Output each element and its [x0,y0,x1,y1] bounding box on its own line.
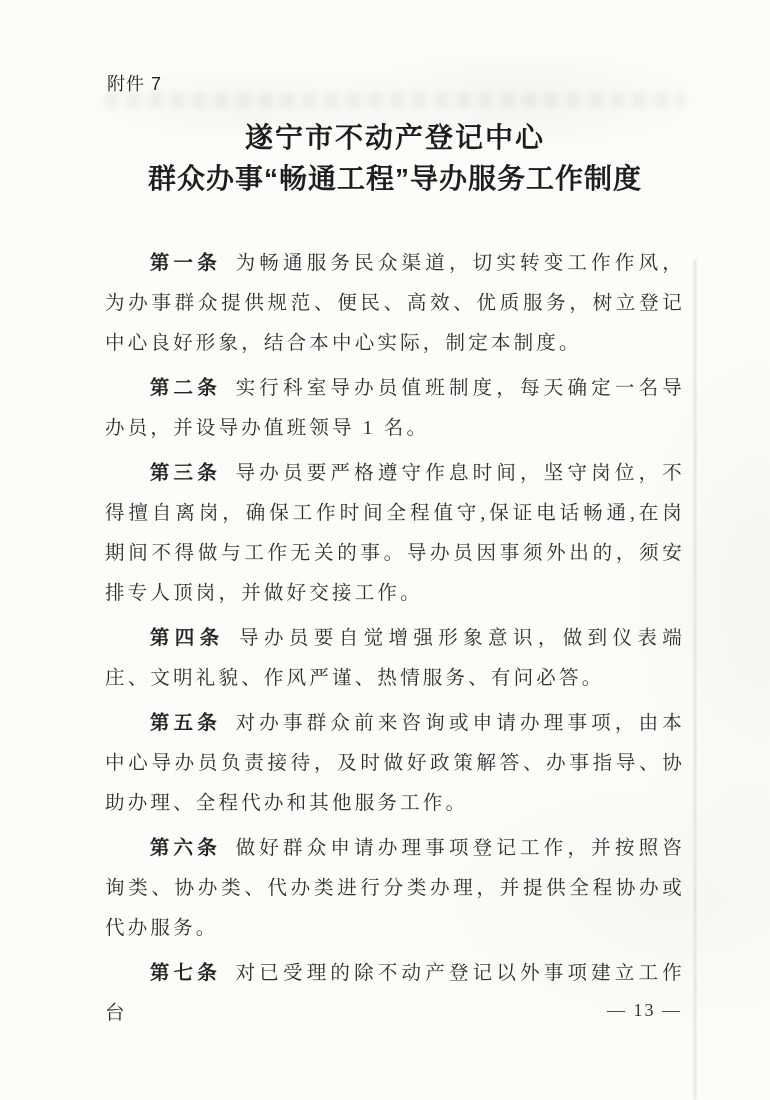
article-3-text: 导办员要严格遵守作息时间，坚守岗位，不得擅自离岗，确保工作时间全程值守,保证电话… [105,463,685,604]
page-number: — 13 — [607,1000,682,1021]
article-7-label: 第七条 [150,963,221,984]
article-6: 第六条做好群众申请办理事项登记工作，并按照咨询类、协办类、代办类进行分类办理，并… [105,829,685,949]
article-5: 第五条对办事群众前来咨询或申请办理事项，由本中心导办员负责接待，及时做好政策解答… [105,704,685,824]
articles-body: 第一条为畅通服务民众渠道，切实转变工作作风，为办事群众提供规范、便民、高效、优质… [105,244,685,1034]
document-title-line1: 遂宁市不动产登记中心 [105,118,685,158]
document-title-line2: 群众办事“畅通工程”导办服务工作制度 [105,158,685,200]
article-6-label: 第六条 [150,838,221,859]
scan-streak-line [694,260,696,1100]
article-3: 第三条导办员要严格遵守作息时间，坚守岗位，不得擅自离岗，确保工作时间全程值守,保… [105,454,685,614]
article-7: 第七条对已受理的除不动产登记以外事项建立工作台 [105,954,685,1034]
attachment-label: 附件 7 [107,70,685,96]
document-title: 遂宁市不动产登记中心 群众办事“畅通工程”导办服务工作制度 [105,118,685,200]
article-3-label: 第三条 [150,463,221,484]
article-2: 第二条实行科室导办员值班制度，每天确定一名导办员，并设导办值班领导 1 名。 [105,369,685,449]
article-4-label: 第四条 [150,628,225,649]
article-2-label: 第二条 [150,378,221,399]
article-5-label: 第五条 [150,713,221,734]
document-page: 附件 7 遂宁市不动产登记中心 群众办事“畅通工程”导办服务工作制度 第一条为畅… [105,70,685,1039]
article-1: 第一条为畅通服务民众渠道，切实转变工作作风，为办事群众提供规范、便民、高效、优质… [105,244,685,364]
article-1-label: 第一条 [150,253,221,274]
article-4: 第四条导办员要自觉增强形象意识，做到仪表端庄、文明礼貌、作风严谨、热情服务、有问… [105,619,685,699]
